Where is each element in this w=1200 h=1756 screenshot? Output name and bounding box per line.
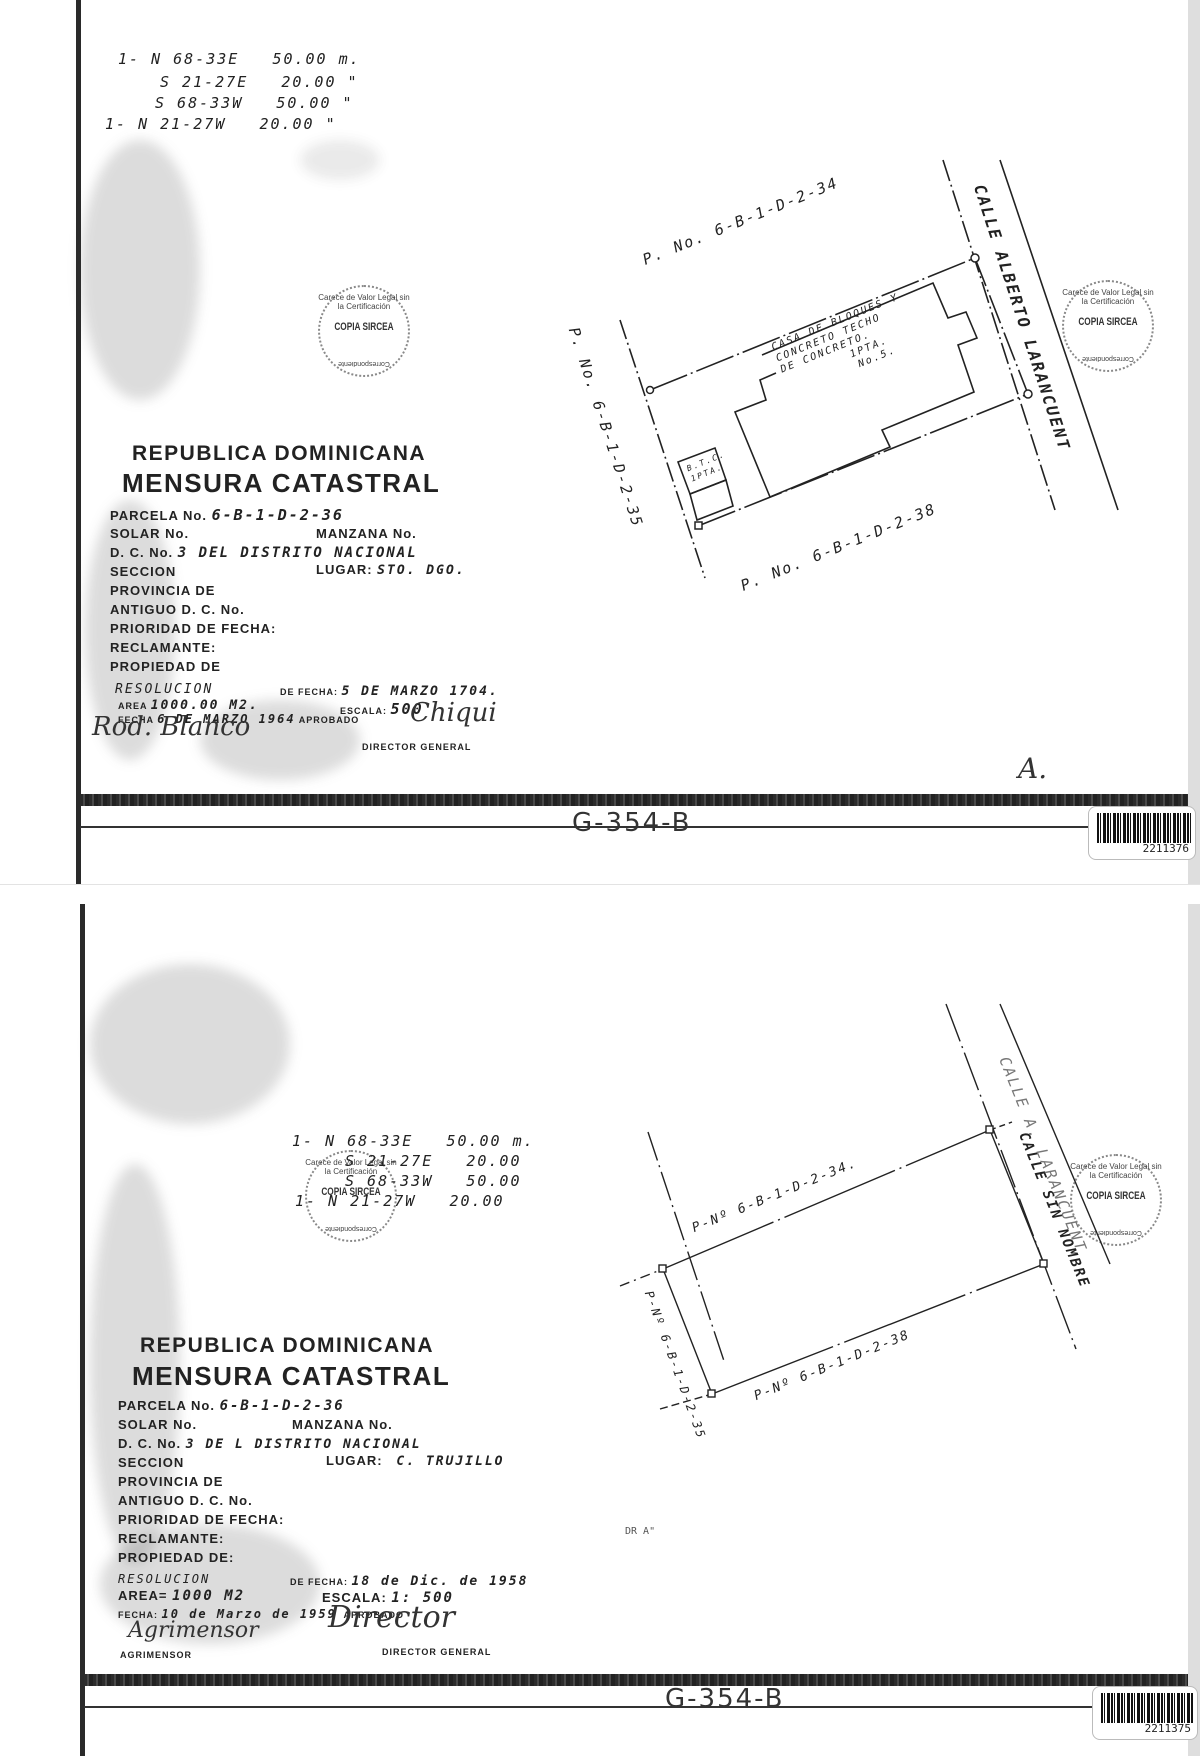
survey-plan-page-1: 1- N 68-33E 50.00 m. S 21-27E 20.00 " S … xyxy=(0,0,1200,884)
title-block-line xyxy=(84,1706,1094,1708)
title-block-bar xyxy=(80,794,1188,806)
page-separator xyxy=(0,884,1200,906)
barcode: 2211375 xyxy=(1092,1686,1198,1740)
survey-plan-page-2: 1- N 68-33E 50.00 m. S 21-27E 20.00 S 68… xyxy=(0,904,1200,1756)
initials: A. xyxy=(1018,752,1047,785)
barcode: 2211376 xyxy=(1088,806,1196,860)
barcode-number: 2211375 xyxy=(1145,1722,1191,1735)
parcel-plan-drawing xyxy=(0,904,1200,1756)
plan-code: G-354-B xyxy=(665,1684,784,1714)
plan-code: G-354-B xyxy=(572,808,691,838)
title-block-bar xyxy=(84,1674,1188,1686)
barcode-number: 2211376 xyxy=(1143,842,1189,855)
